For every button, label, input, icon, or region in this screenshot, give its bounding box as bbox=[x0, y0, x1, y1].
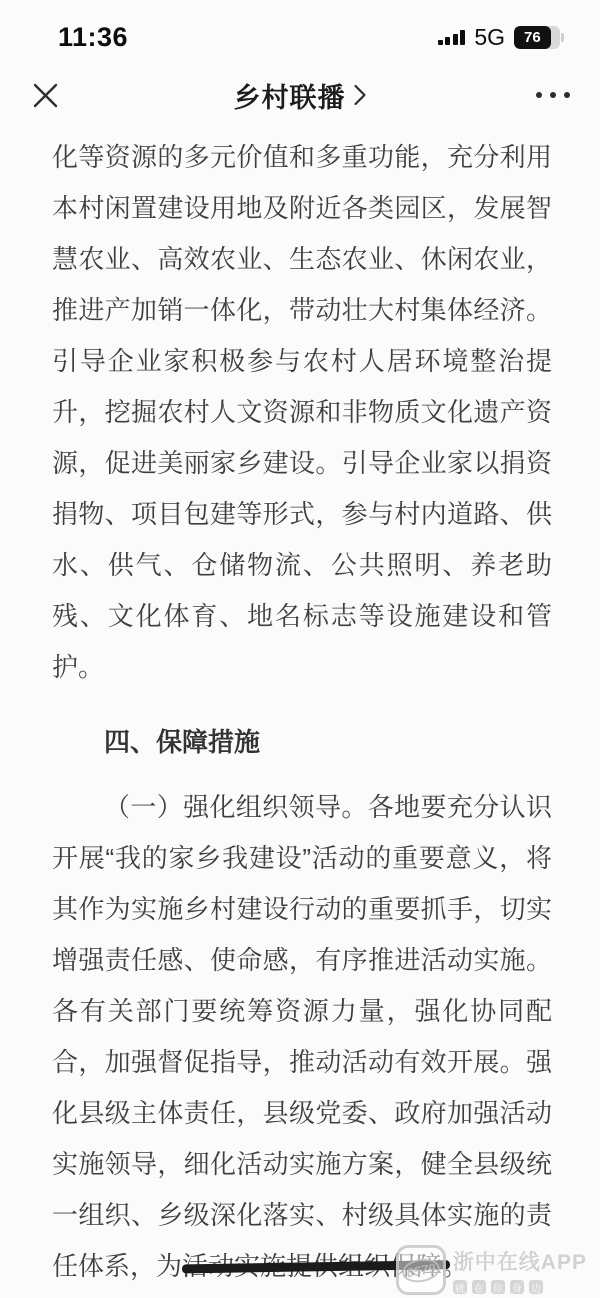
battery-icon: 76 bbox=[514, 26, 564, 49]
app-watermark: 0579 浙中在线APP 就 在 你 身 边 bbox=[396, 1245, 587, 1295]
text-line: 开展“我的家乡我建设”活动的重要意义，将 bbox=[52, 833, 552, 884]
text-line: 增强责任感、使命感，有序推进活动实施。 bbox=[52, 935, 552, 986]
text-line: 各有关部门要统筹资源力量，强化协同配 bbox=[52, 986, 552, 1037]
close-icon bbox=[32, 82, 59, 109]
text-line: 升，挖掘农村人文资源和非物质文化遗产资 bbox=[52, 387, 552, 438]
watermark-slogan-char: 边 bbox=[529, 1280, 543, 1294]
clock: 11:36 bbox=[58, 22, 128, 53]
text-line: 残、文化体育、地名标志等设施建设和管 bbox=[52, 591, 552, 642]
text-line: （一）强化组织领导。各地要充分认识 bbox=[52, 782, 552, 833]
nav-bar: 乡村联播 bbox=[0, 62, 600, 128]
text-line: 慧农业、高效农业、生态农业、休闲农业， bbox=[52, 234, 552, 285]
account-title-link[interactable]: 乡村联播 bbox=[234, 76, 367, 115]
text-line: 实施领导，细化活动实施方案，健全县级统 bbox=[52, 1139, 552, 1190]
text-line: 四、保障措施 bbox=[52, 717, 552, 768]
watermark-logo-text: 0579 bbox=[405, 1260, 436, 1280]
watermark-app-name: 浙中在线APP bbox=[453, 1246, 587, 1276]
text-line: 水、供气、仓储物流、公共照明、养老助 bbox=[52, 540, 552, 591]
text-line: 一组织、乡级深化落实、村级具体实施的责 bbox=[52, 1190, 552, 1241]
text-line: 推进产加销一体化，带动壮大村集体经济。 bbox=[52, 285, 552, 336]
text-line: 其作为实施乡村建设行动的重要抓手，切实 bbox=[52, 884, 552, 935]
paragraph: 化等资源的多元价值和多重功能，充分利用本村闲置建设用地及附近各类园区，发展智慧农… bbox=[52, 132, 552, 693]
status-indicators: 5G 76 bbox=[438, 24, 564, 51]
cellular-signal-icon bbox=[438, 30, 466, 45]
text-line: 化县级主体责任，县级党委、政府加强活动 bbox=[52, 1088, 552, 1139]
close-button[interactable] bbox=[30, 80, 60, 110]
status-bar: 11:36 5G 76 bbox=[0, 0, 600, 62]
text-line: 源，促进美丽家乡建设。引导企业家以捐资 bbox=[52, 438, 552, 489]
text-line: 化等资源的多元价值和多重功能，充分利用 bbox=[52, 132, 552, 183]
text-line: 引导企业家积极参与农村人居环境整治提 bbox=[52, 336, 552, 387]
watermark-slogan-char: 身 bbox=[510, 1280, 524, 1294]
chevron-right-icon bbox=[354, 84, 367, 106]
network-type-label: 5G bbox=[474, 24, 505, 51]
paragraph: （一）强化组织领导。各地要充分认识开展“我的家乡我建设”活动的重要意义，将其作为… bbox=[52, 782, 552, 1292]
watermark-slogan-char: 就 bbox=[453, 1280, 467, 1294]
text-line: 本村闲置建设用地及附近各类园区，发展智 bbox=[52, 183, 552, 234]
watermark-slogan: 就 在 你 身 边 bbox=[453, 1280, 587, 1294]
watermark-slogan-char: 在 bbox=[472, 1280, 486, 1294]
text-line: 捐物、项目包建等形式，参与村内道路、供 bbox=[52, 489, 552, 540]
section-heading: 四、保障措施 bbox=[52, 717, 552, 768]
more-dots-icon bbox=[536, 92, 542, 98]
watermark-text-block: 浙中在线APP 就 在 你 身 边 bbox=[453, 1246, 587, 1294]
watermark-logo-icon: 0579 bbox=[396, 1245, 446, 1295]
phone-screen: 11:36 5G 76 乡村联播 bbox=[0, 0, 600, 1298]
text-line: 护。 bbox=[52, 642, 552, 693]
article-body: 化等资源的多元价值和多重功能，充分利用本村闲置建设用地及附近各类园区，发展智慧农… bbox=[52, 132, 552, 1292]
page-title: 乡村联播 bbox=[234, 76, 346, 115]
more-options-button[interactable] bbox=[536, 80, 570, 110]
watermark-slogan-char: 你 bbox=[491, 1280, 505, 1294]
battery-percent-label: 76 bbox=[524, 29, 541, 46]
text-line: 合，加强督促指导，推动活动有效开展。强 bbox=[52, 1037, 552, 1088]
